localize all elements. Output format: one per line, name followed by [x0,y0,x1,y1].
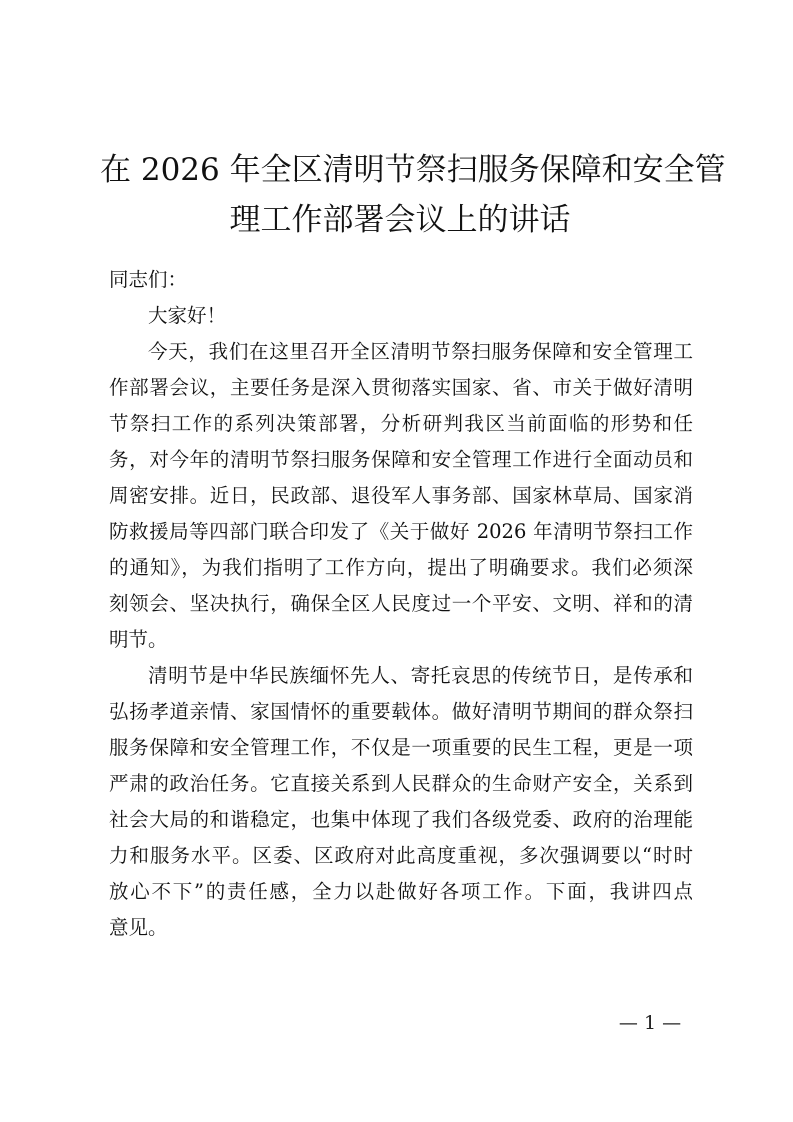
paragraph-line: 力和服务水平。区委、区政府对此高度重视，多次强调要以“时时 [109,838,693,874]
paragraph-line: 清明节是中华民族缅怀先人、寄托哀思的传统节日，是传承和 [109,658,693,694]
paragraph-line: 刻领会、坚决执行，确保全区人民度过一个平安、文明、祥和的清 [109,586,693,622]
paragraph-line: 明节。 [109,622,693,658]
paragraph-line: 务，对今年的清明节祭扫服务保障和安全管理工作进行全面动员和 [109,442,693,478]
paragraph-line: 弘扬孝道亲情、家国情怀的重要载体。做好清明节期间的群众祭扫 [109,694,693,730]
paragraph-line: 防救援局等四部门联合印发了《关于做好 2026 年清明节祭扫工作 [109,514,693,550]
page-number: — 1 — [610,1012,690,1034]
greeting: 大家好！ [109,298,693,334]
paragraph-line: 今天，我们在这里召开全区清明节祭扫服务保障和安全管理工 [109,334,693,370]
document-body: 同志们： 大家好！ 今天，我们在这里召开全区清明节祭扫服务保障和安全管理工 作部… [109,262,693,946]
paragraph-line: 作部署会议，主要任务是深入贯彻落实国家、省、市关于做好清明 [109,370,693,406]
document-title: 在 2026 年全区清明节祭扫服务保障和安全管 理工作部署会议上的讲话 [100,145,700,245]
paragraph-line: 意见。 [109,910,693,946]
document-page: 在 2026 年全区清明节祭扫服务保障和安全管 理工作部署会议上的讲话 同志们：… [0,0,793,1122]
paragraph-2: 清明节是中华民族缅怀先人、寄托哀思的传统节日，是传承和 弘扬孝道亲情、家国情怀的… [109,658,693,946]
paragraph-line: 严肃的政治任务。它直接关系到人民群众的生命财产安全，关系到 [109,766,693,802]
paragraph-line: 周密安排。近日，民政部、退役军人事务部、国家林草局、国家消 [109,478,693,514]
title-line-2: 理工作部署会议上的讲话 [100,195,700,245]
paragraph-line: 节祭扫工作的系列决策部署，分析研判我区当前面临的形势和任 [109,406,693,442]
paragraph-line: 社会大局的和谐稳定，也集中体现了我们各级党委、政府的治理能 [109,802,693,838]
paragraph-1: 今天，我们在这里召开全区清明节祭扫服务保障和安全管理工 作部署会议，主要任务是深… [109,334,693,658]
title-line-1: 在 2026 年全区清明节祭扫服务保障和安全管 [100,145,700,195]
paragraph-line: 的通知》，为我们指明了工作方向，提出了明确要求。我们必须深 [109,550,693,586]
salutation: 同志们： [109,262,693,298]
paragraph-line: 服务保障和安全管理工作，不仅是一项重要的民生工程，更是一项 [109,730,693,766]
paragraph-line: 放心不下”的责任感，全力以赴做好各项工作。下面，我讲四点 [109,874,693,910]
